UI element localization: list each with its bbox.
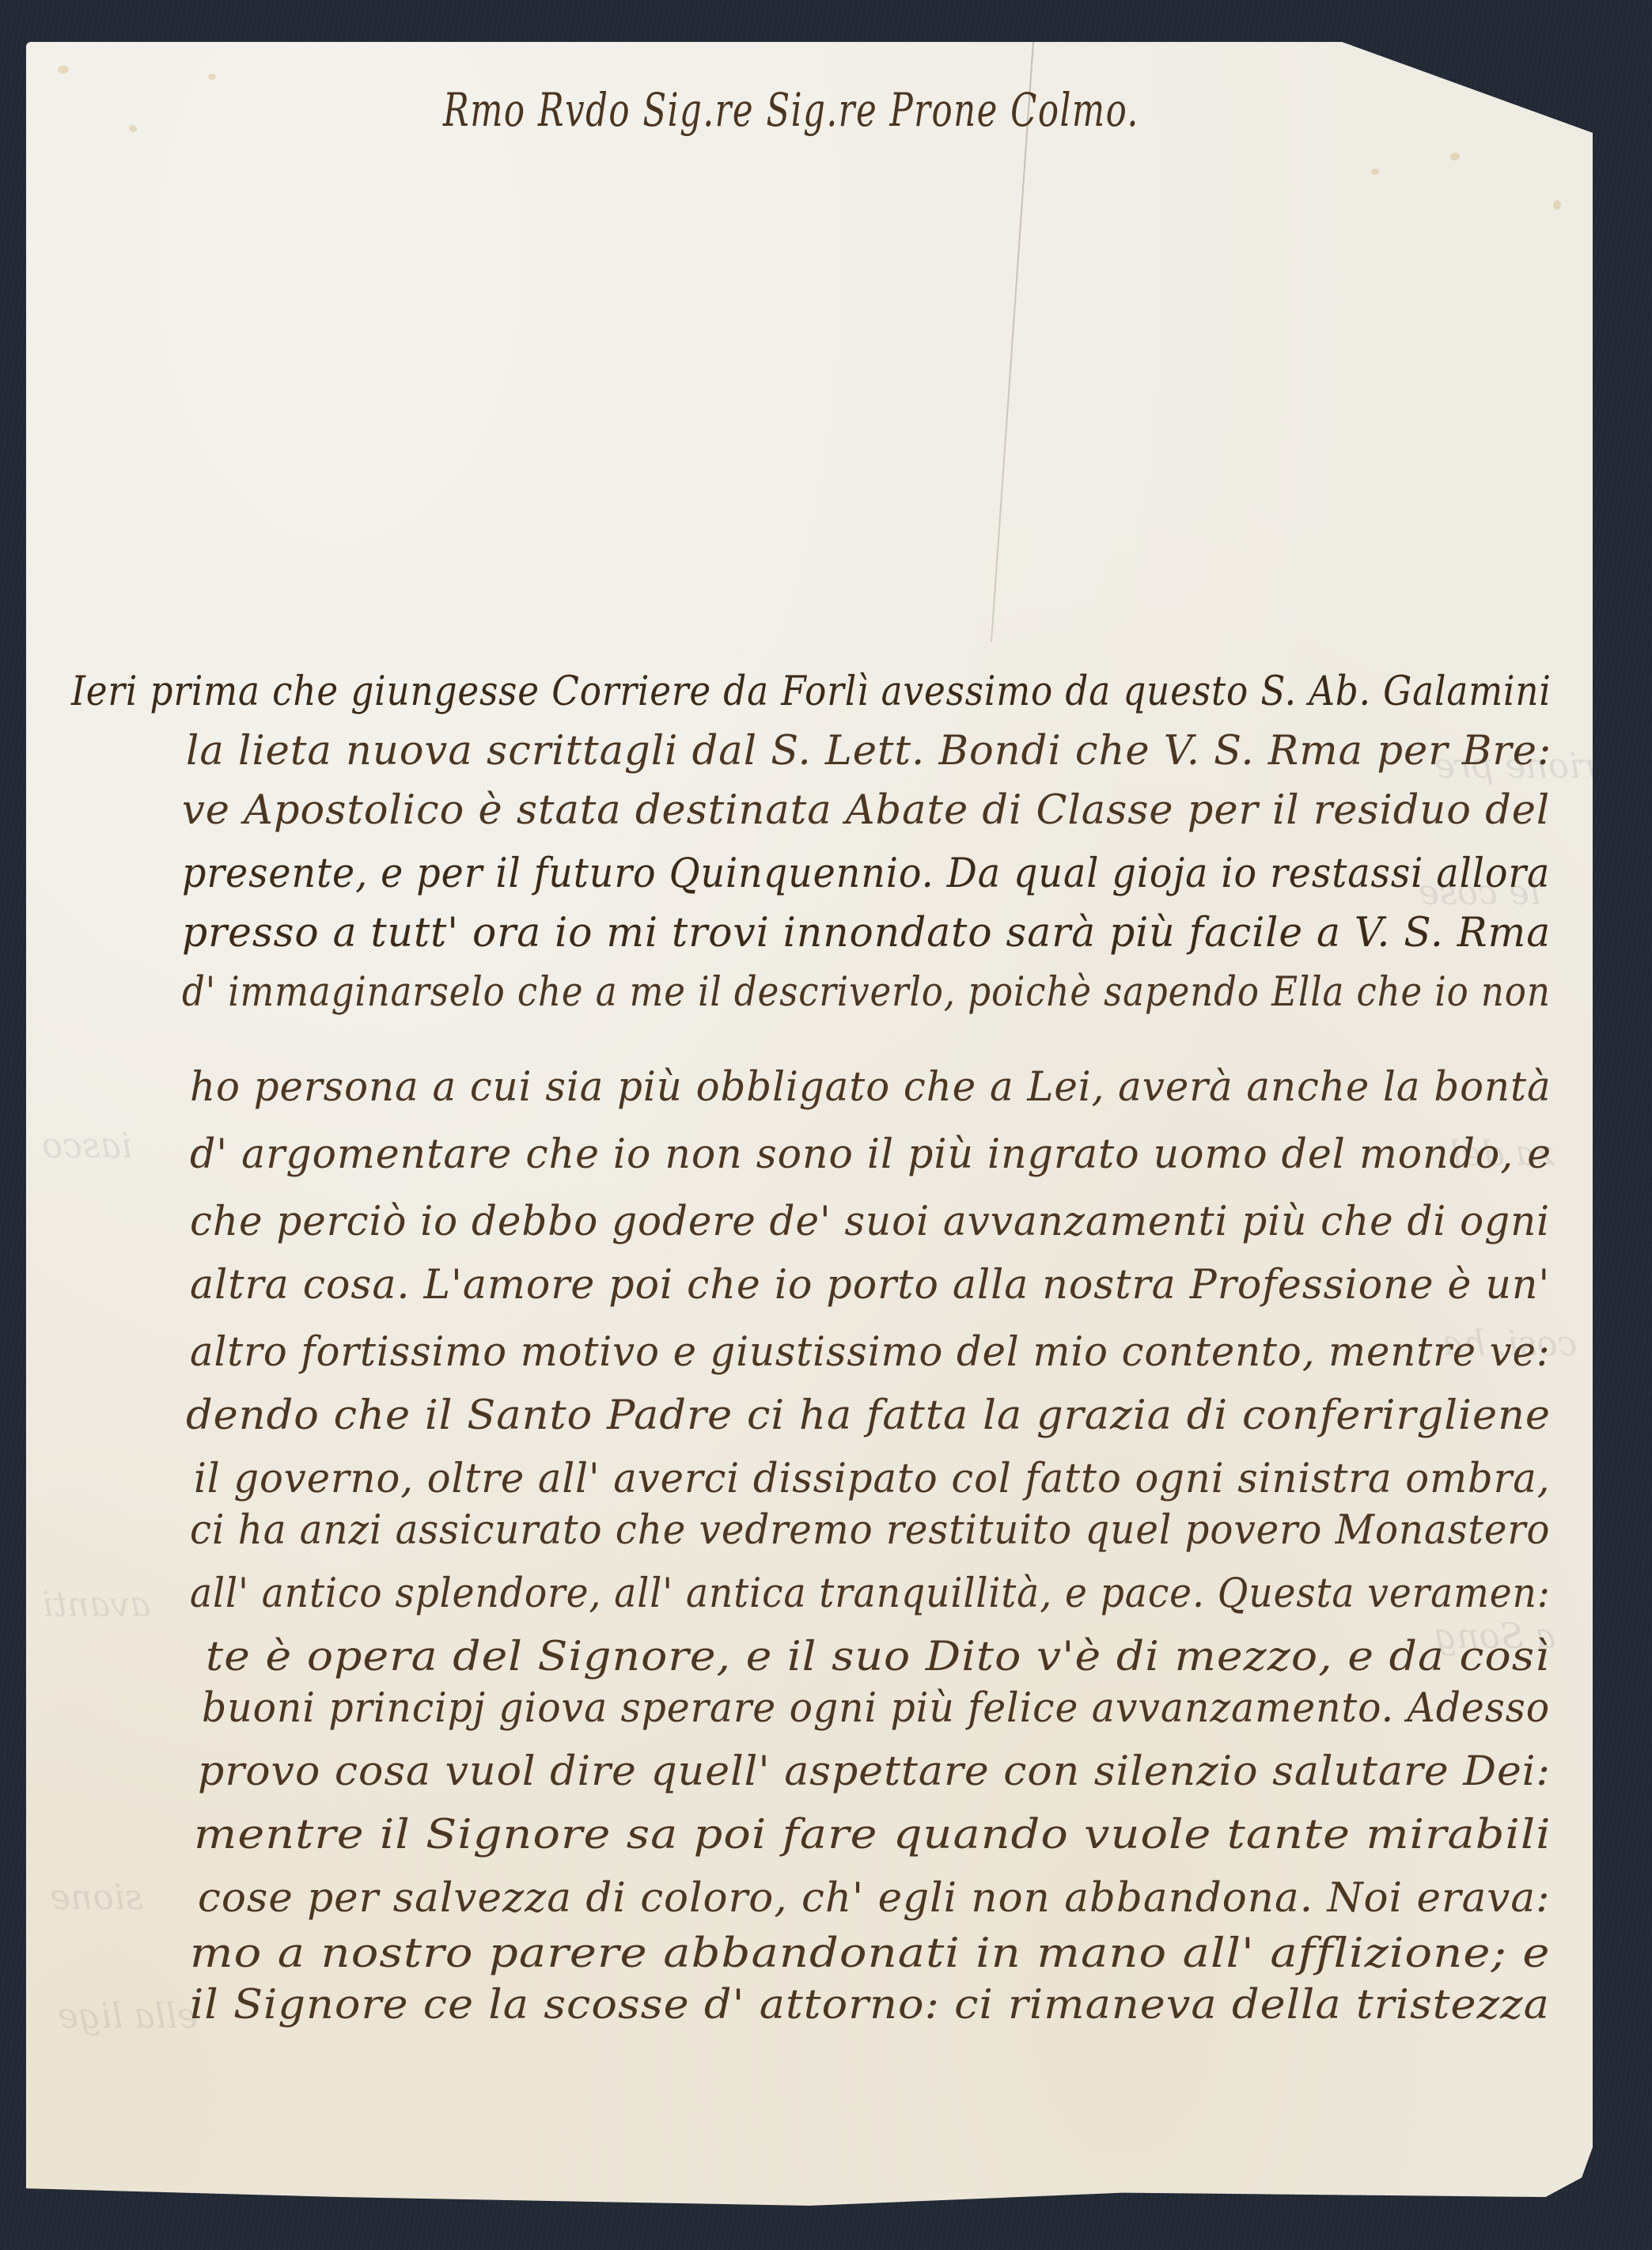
letter-line: altro fortissimo motivo e giustissimo de…	[190, 1329, 1551, 1376]
letter-line: la lieta nuova scrittagli dal S. Lett. B…	[186, 728, 1552, 775]
letter-line: il governo, oltre all' averci dissipato …	[194, 1456, 1551, 1502]
bleed-through-text: sione	[50, 1877, 143, 1918]
letter-line: altra cosa. L'amore poi che io porto all…	[190, 1262, 1550, 1309]
letter-line: all' antico splendore, all' antica tranq…	[190, 1570, 1551, 1617]
bleed-through-text: ella lige	[58, 1996, 198, 2036]
letter-line: cose per salvezza di coloro, ch' egli no…	[198, 1875, 1550, 1922]
letter-line: provo cosa vuol dire quell' aspettare co…	[198, 1748, 1551, 1795]
foxing-spot	[208, 74, 216, 80]
foxing-spot	[1553, 200, 1561, 210]
letter-line: Ieri prima che giungesse Corriere da For…	[71, 669, 1552, 715]
letter-line: te è opera del Signore, e il suo Dito v'…	[206, 1634, 1550, 1680]
letter-line: ho persona a cui sia più obbligato che a…	[190, 1064, 1552, 1111]
letter-line: ve Apostolico è stata destinata Abate di…	[182, 787, 1550, 834]
letter-line: presente, e per il futuro Quinquennio. D…	[182, 850, 1550, 897]
bleed-through-text: avanti	[42, 1585, 150, 1625]
letter-line: che perciò io debbo godere de' suoi avva…	[190, 1199, 1550, 1245]
letter-line: mo a nostro parere abbandonati in mano a…	[190, 1930, 1551, 1977]
salutation-heading: Rmo Rvdo Sig.re Sig.re Prone Colmo.	[443, 83, 1139, 137]
foxing-spot	[1450, 153, 1460, 161]
foxing-spot	[1371, 169, 1379, 175]
letter-line: d' argomentare che io non sono il più in…	[190, 1131, 1552, 1178]
foxing-spot	[129, 125, 137, 132]
letter-line: dendo che il Santo Padre ci ha fatta la …	[186, 1392, 1551, 1439]
letter-line: il Signore ce la scosse d' attorno: ci r…	[190, 1982, 1550, 2028]
bleed-through-text: iasco	[42, 1126, 132, 1166]
letter-line: buoni principj giova sperare ogni più fe…	[202, 1685, 1550, 1732]
letter-line: d' immaginarselo che a me il descriverlo…	[182, 969, 1551, 1016]
letter-line: ci ha anzi assicurato che vedremo restit…	[190, 1507, 1550, 1554]
letter-line: presso a tutt' ora io mi trovi innondato…	[182, 910, 1551, 956]
letter-line: mentre il Signore sa poi fare quando vuo…	[194, 1812, 1552, 1858]
foxing-spot	[58, 66, 69, 74]
